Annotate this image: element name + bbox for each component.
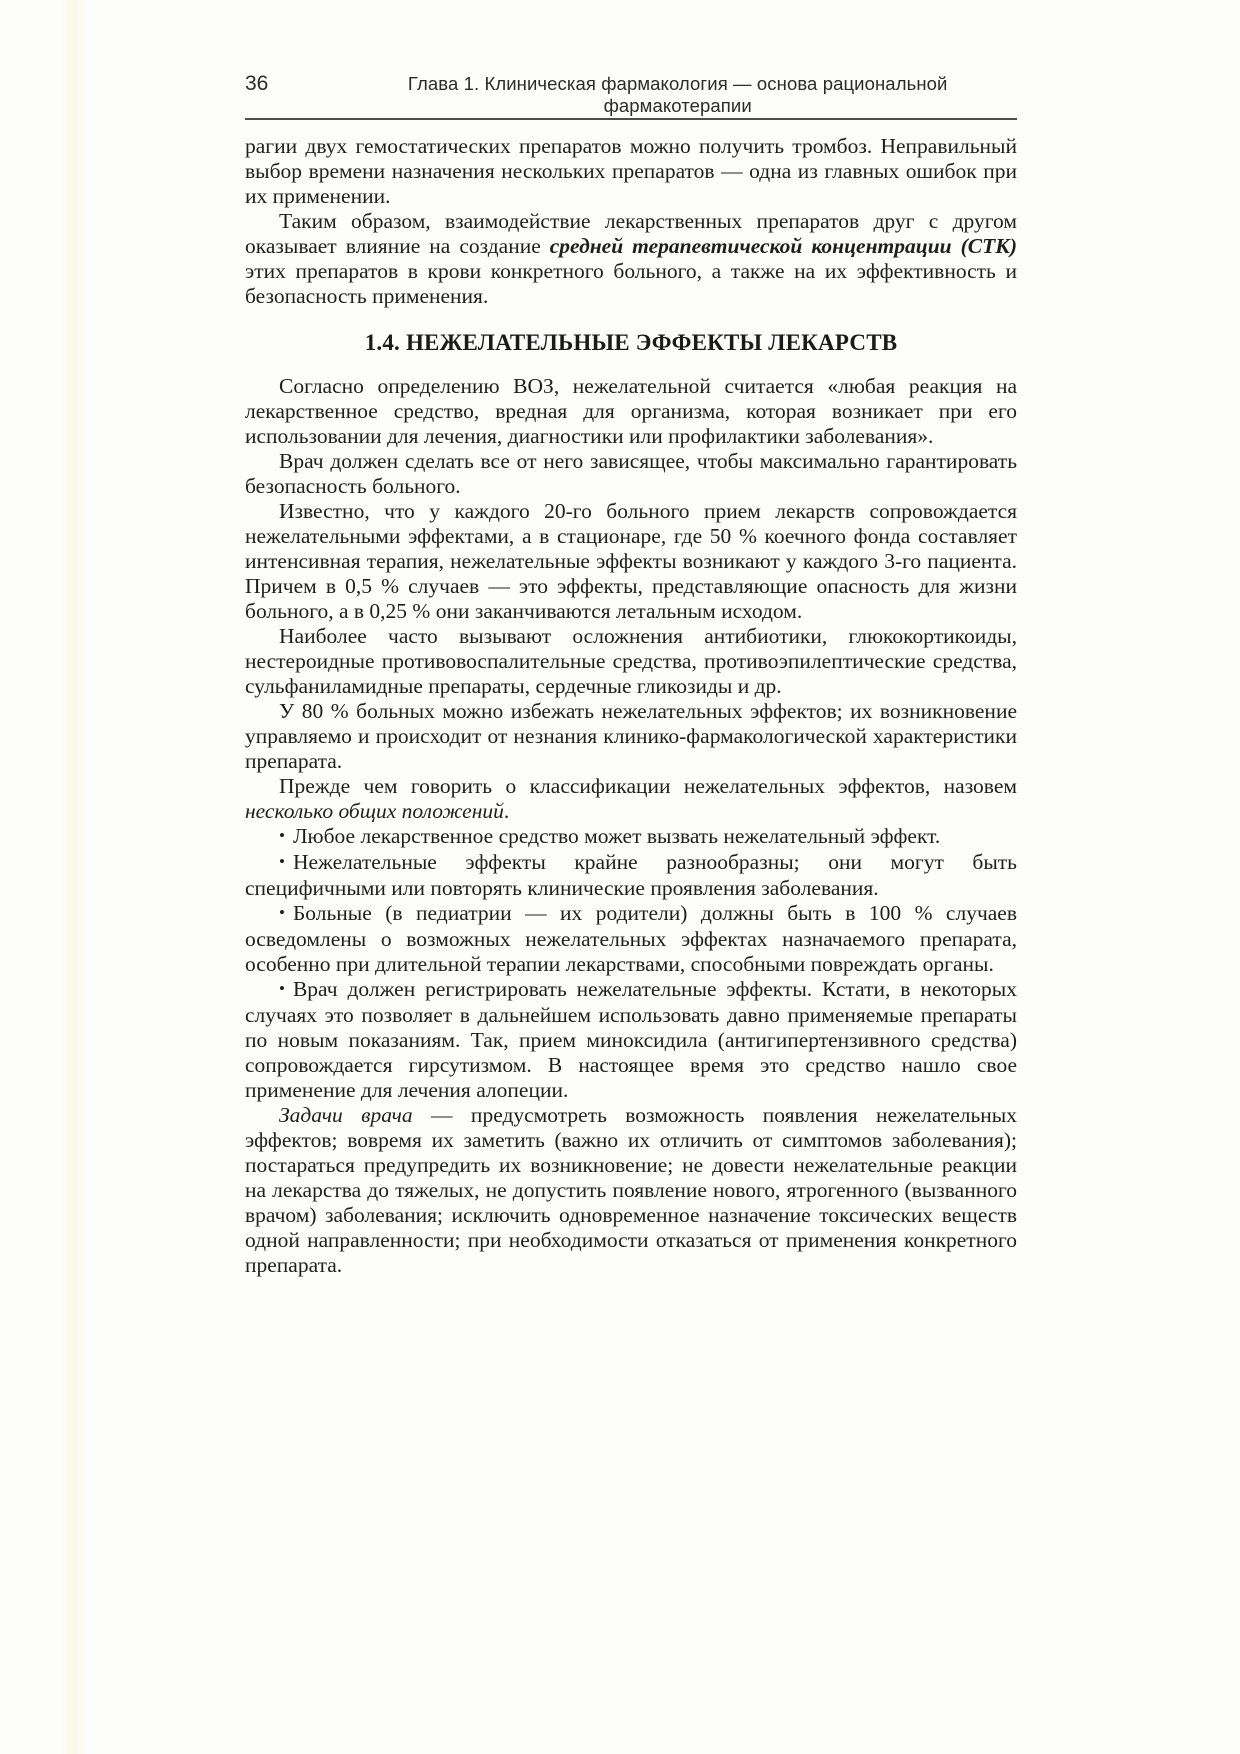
paragraph-segment: этих препаратов в крови конкретного боль… (245, 259, 1017, 308)
bullet-text: Больные (в педиатрии — их родители) долж… (245, 901, 1017, 976)
bullet-item: •Любое лекарственное средство может вызв… (245, 824, 1017, 850)
bullet-item: •Нежелательные эффекты крайне разнообраз… (245, 850, 1017, 901)
bullet-icon: • (279, 849, 285, 874)
paragraph-segment: — предусмотреть возможность появления не… (245, 1103, 1017, 1277)
bullet-text: Нежелательные эффекты крайне разнообразн… (245, 850, 1017, 900)
paragraph-avoidable-effects: У 80 % больных можно избежать нежелатель… (245, 699, 1017, 774)
main-text-column: рагии двух гемостатических препаратов мо… (245, 134, 1017, 1278)
bullet-item: •Больные (в педиатрии — их родители) дол… (245, 901, 1017, 977)
paragraph-who-definition: Согласно определению ВОЗ, нежелательной … (245, 374, 1017, 449)
emphasis-stk-term: средней терапевтической концентрации (СТ… (550, 234, 1017, 258)
paragraph-doctor-tasks: Задачи врача — предусмотреть возможность… (245, 1103, 1017, 1278)
chapter-running-title: Глава 1. Клиническая фармакология — осно… (268, 73, 1017, 117)
running-header: 36 Глава 1. Клиническая фармакология — о… (245, 72, 1017, 117)
emphasis-general-provisions: несколько общих положений (245, 799, 504, 823)
paragraph-segment: Прежде чем говорить о классификации неже… (279, 774, 1017, 798)
paragraph-drug-interaction: Таким образом, взаимодействие лекарствен… (245, 209, 1017, 309)
section-heading: 1.4. НЕЖЕЛАТЕЛЬНЫЕ ЭФФЕКТЫ ЛЕКАРСТВ (245, 330, 1017, 355)
paragraph-segment: . (504, 799, 509, 823)
page-number: 36 (245, 72, 268, 96)
bullet-text: Врач должен регистрировать нежелательные… (245, 977, 1017, 1102)
paragraph-classification-intro: Прежде чем говорить о классификации неже… (245, 774, 1017, 824)
bullet-list: •Любое лекарственное средство может вызв… (245, 824, 1017, 1103)
paragraph-doctor-safety: Врач должен сделать все от него зависяще… (245, 449, 1017, 499)
bullet-item: •Врач должен регистрировать нежелательны… (245, 977, 1017, 1103)
scan-edge-artifact (60, 0, 86, 1754)
header-divider-rule (245, 118, 1017, 120)
paragraph-statistics: Известно, что у каждого 20-го больного п… (245, 499, 1017, 624)
bullet-icon: • (279, 900, 285, 925)
bullet-icon: • (279, 823, 285, 848)
paragraph-continuation: рагии двух гемостатических препаратов мо… (245, 134, 1017, 209)
paragraph-complications: Наиболее часто вызывают осложнения антиб… (245, 624, 1017, 699)
emphasis-doctor-tasks: Задачи врача (279, 1103, 413, 1127)
bullet-text: Любое лекарственное средство может вызва… (293, 824, 940, 848)
scanned-book-page: 36 Глава 1. Клиническая фармакология — о… (0, 0, 1240, 1754)
bullet-icon: • (279, 976, 285, 1001)
